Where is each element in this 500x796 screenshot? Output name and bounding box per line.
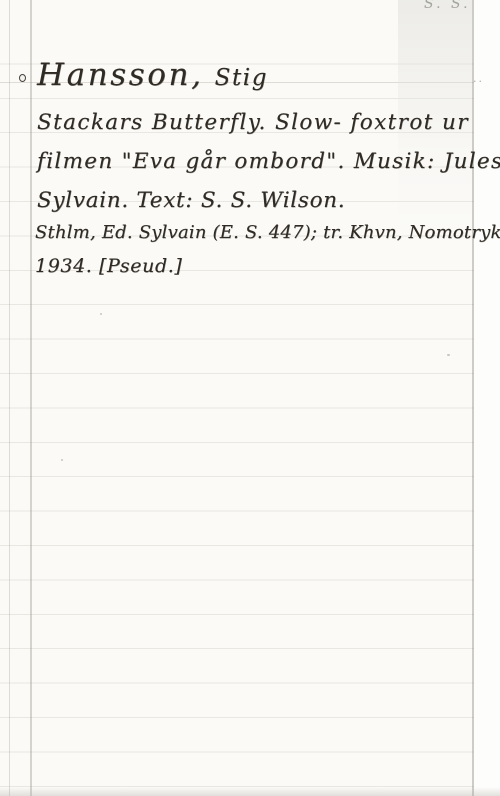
entry-line: Stackars Butterfly. Slow- foxtrot ur [37,112,469,134]
entry-line: filmen "Eva går ombord". Musik: Jules [37,151,500,173]
entry-line: Sylvain. Text: S. S. Wilson. [37,190,345,212]
catalog-card-scan: S. S. .. Hansson, Stig Stackars Butterfl… [0,0,500,796]
entry-line: 1934. [Pseud.] [35,257,182,276]
left-margin-line-inner [30,0,32,796]
bottom-scan-shadow [0,787,500,796]
heading-given-name: Stig [215,67,268,90]
corner-annotation: S. S. [424,0,471,12]
left-margin-line-outer [9,0,10,796]
marginal-dots: .. [473,72,484,85]
entry-line: Sthlm, Ed. Sylvain (E. S. 447); tr. Khvn… [35,224,500,242]
ruled-lines [0,30,500,796]
heading-surname: Hansson, [37,60,204,91]
entry-heading: Hansson, Stig [37,60,268,91]
circle-annotation [19,74,26,82]
scan-speck [61,459,63,461]
scan-speck [447,354,450,356]
scan-speck [100,313,102,315]
page-edge-strip [474,0,500,796]
